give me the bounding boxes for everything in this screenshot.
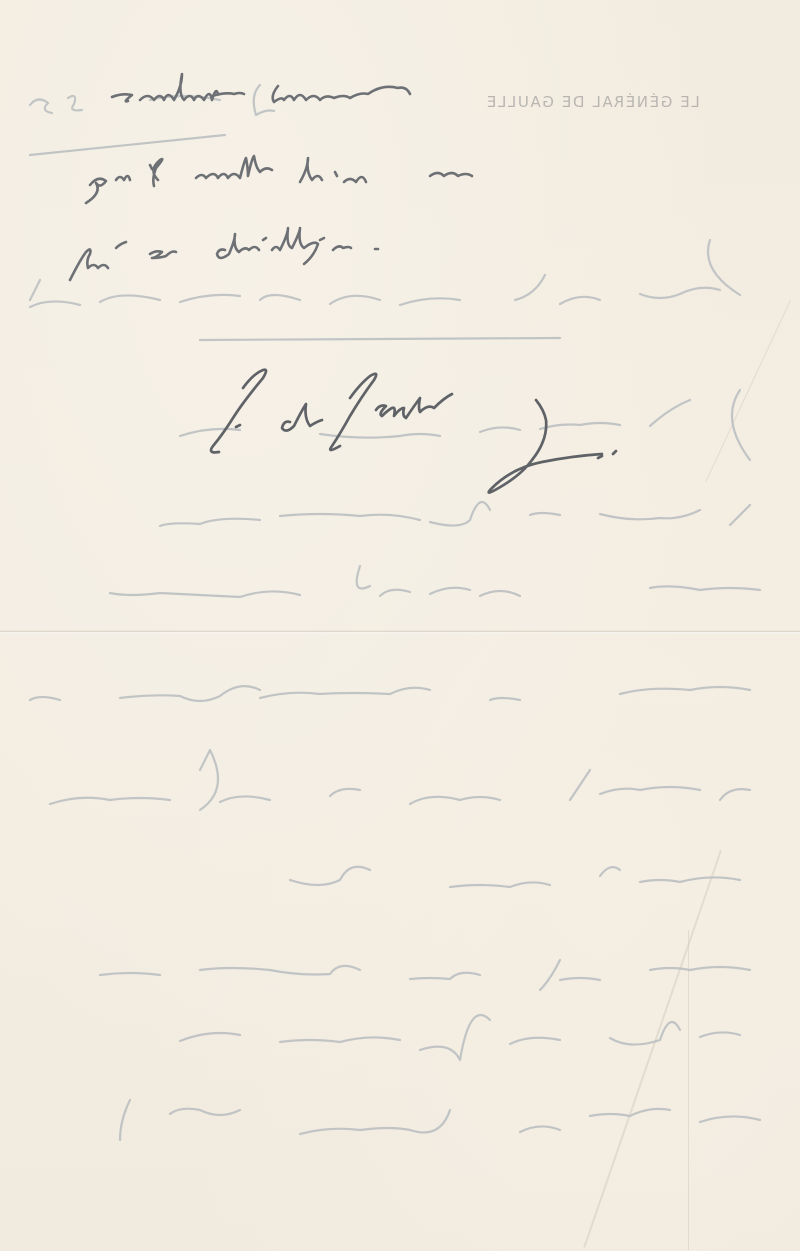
handwriting-line-1: [112, 74, 410, 102]
foreground-handwriting: [0, 0, 800, 1251]
handwriting-line-2: [86, 156, 472, 203]
letter-page: LE GÉNÉRAL DE GAULLE: [0, 0, 800, 1251]
signature-c-de-gaulle: [211, 370, 616, 493]
handwriting-line-3: [70, 228, 378, 280]
